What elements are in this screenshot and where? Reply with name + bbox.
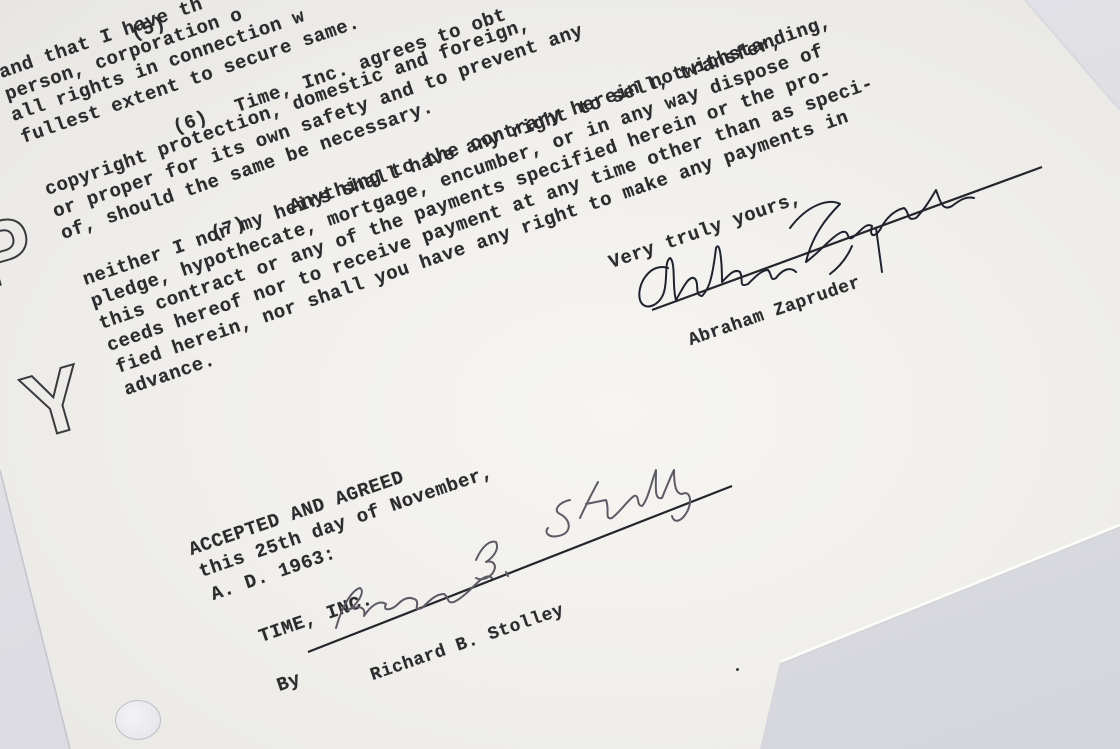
ink-speck	[736, 668, 739, 671]
punch-hole	[115, 700, 161, 740]
